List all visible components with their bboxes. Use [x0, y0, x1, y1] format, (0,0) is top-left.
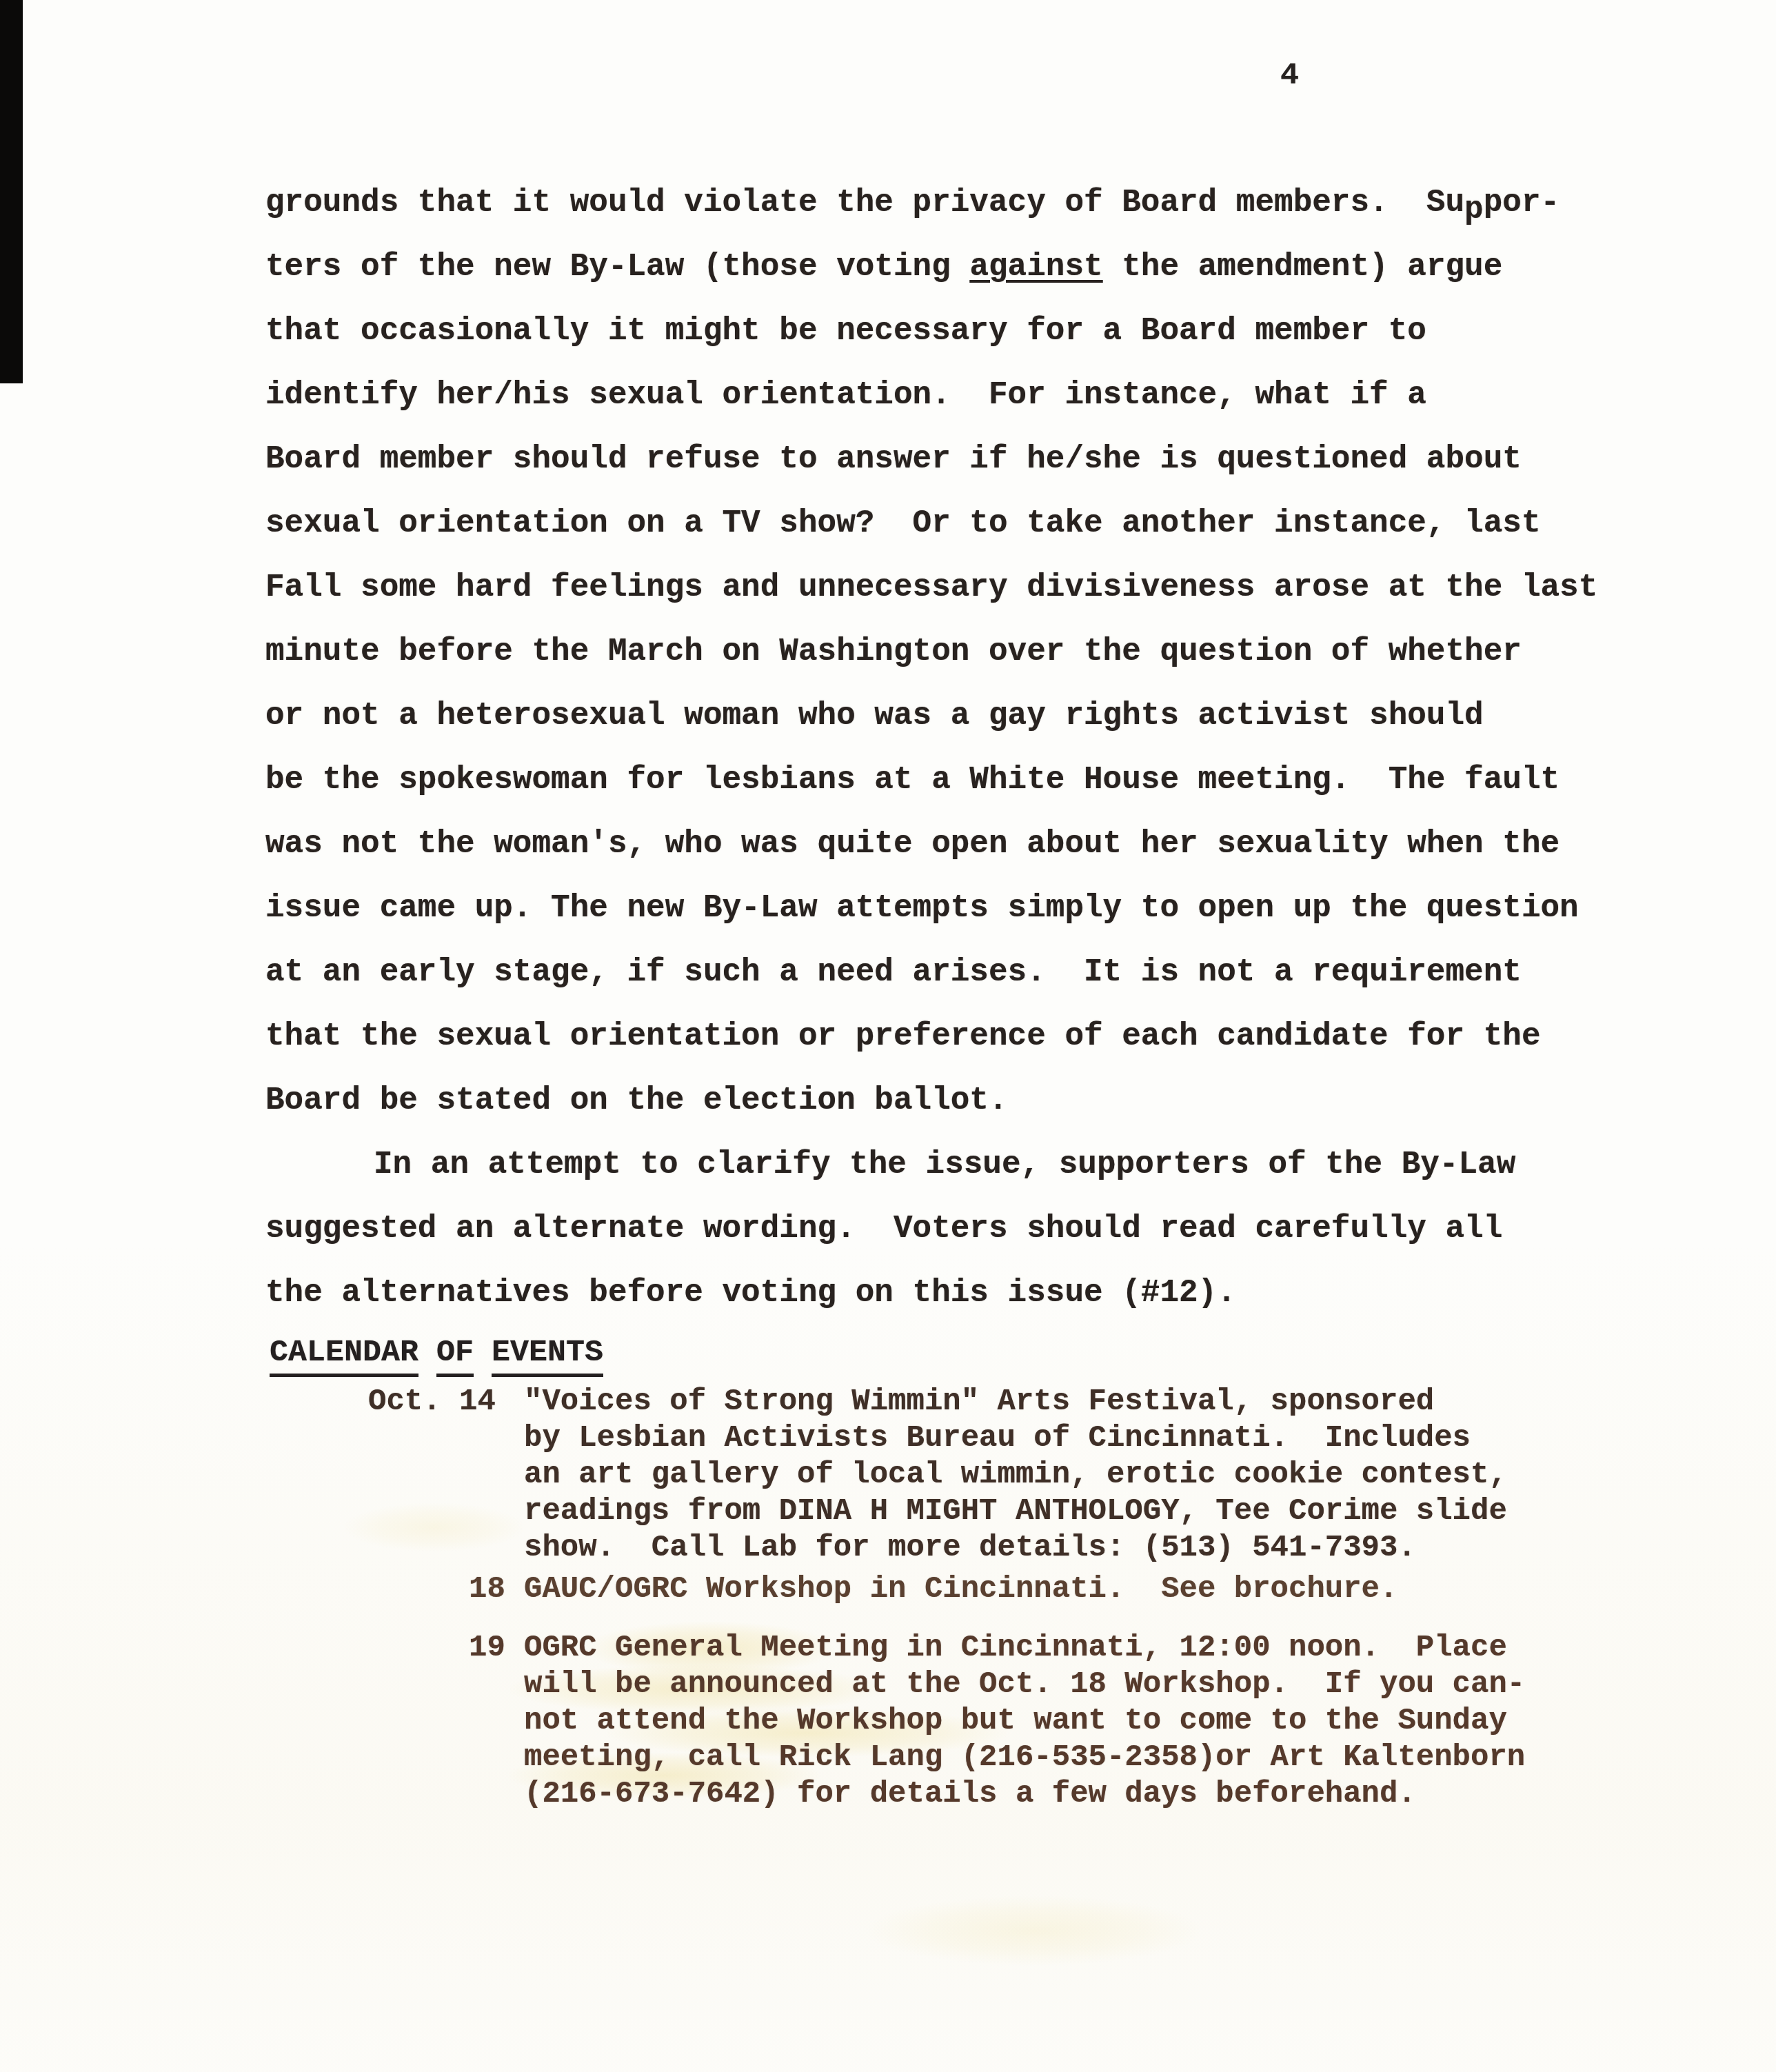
- calendar-entry-date: 18: [469, 1571, 505, 1608]
- calendar-entry-line: "Voices of Strong Wimmin" Arts Festival,…: [524, 1384, 1507, 1420]
- text-segment: ters of the new By-Law (those voting: [265, 249, 969, 285]
- text-segment: issue came up. The new By-Law attempts s…: [265, 890, 1579, 926]
- text-line: Fall some hard feelings and unnecessary …: [265, 556, 1679, 620]
- text-line: was not the woman's, who was quite open …: [265, 812, 1679, 876]
- text-segment: be the spokeswoman for lesbians at a Whi…: [265, 762, 1560, 798]
- text-segment: the alternatives before voting on this i…: [265, 1275, 1236, 1311]
- text-line: grounds that it would violate the privac…: [265, 171, 1679, 235]
- scanner-edge-artifact: [0, 0, 23, 383]
- text-segment: Fall some hard feelings and unnecessary …: [265, 570, 1597, 605]
- text-segment: grounds that it would violate the privac…: [265, 185, 1464, 221]
- calendar-entry-line: will be announced at the Oct. 18 Worksho…: [524, 1667, 1525, 1703]
- paper-stain: [345, 1503, 524, 1551]
- calendar-entry-line: (216-673-7642) for details a few days be…: [524, 1776, 1525, 1813]
- calendar-entry-line: an art gallery of local wimmin, erotic c…: [524, 1457, 1507, 1493]
- text-line: identify her/his sexual orientation. For…: [265, 363, 1679, 428]
- text-line: Board member should refuse to answer if …: [265, 428, 1679, 492]
- calendar-entry-line: readings from DINA H MIGHT ANTHOLOGY, Te…: [524, 1493, 1507, 1530]
- text-segment: por-: [1484, 185, 1560, 221]
- calendar-entry-text: OGRC General Meeting in Cincinnati, 12:0…: [524, 1630, 1525, 1813]
- text-line: that occasionally it might be necessary …: [265, 299, 1679, 363]
- text-segment: that occasionally it might be necessary …: [265, 313, 1426, 349]
- text-segment: p: [1464, 178, 1484, 242]
- text-segment: Board be stated on the election ballot.: [265, 1083, 1008, 1118]
- heading-word: OF: [436, 1335, 474, 1377]
- calendar-entry-line: not attend the Workshop but want to come…: [524, 1703, 1525, 1740]
- text-line: suggested an alternate wording. Voters s…: [265, 1197, 1679, 1261]
- scanned-document-page: 4 grounds that it would violate the priv…: [0, 0, 1776, 2072]
- text-line: at an early stage, if such a need arises…: [265, 941, 1679, 1005]
- text-segment: sexual orientation on a TV show? Or to t…: [265, 505, 1541, 541]
- calendar-entry-line: show. Call Lab for more details: (513) 5…: [524, 1530, 1507, 1567]
- text-line: the alternatives before voting on this i…: [265, 1261, 1679, 1325]
- text-line: Board be stated on the election ballot.: [265, 1069, 1679, 1133]
- text-line: be the spokeswoman for lesbians at a Whi…: [265, 748, 1679, 812]
- calendar-entry-text: GAUC/OGRC Workshop in Cincinnati. See br…: [524, 1571, 1397, 1608]
- text-segment: at an early stage, if such a need arises…: [265, 954, 1522, 990]
- body-text: grounds that it would violate the privac…: [265, 171, 1679, 1325]
- underlined-word: against: [969, 249, 1102, 285]
- text-segment: suggested an alternate wording. Voters s…: [265, 1211, 1502, 1247]
- calendar-entry-line: GAUC/OGRC Workshop in Cincinnati. See br…: [524, 1571, 1397, 1608]
- text-line: sexual orientation on a TV show? Or to t…: [265, 492, 1679, 556]
- calendar-of-events-heading: CALENDAROFEVENTS: [270, 1335, 603, 1377]
- calendar-entry-line: meeting, call Rick Lang (216-535-2358)or…: [524, 1740, 1525, 1776]
- calendar-entry-text: "Voices of Strong Wimmin" Arts Festival,…: [524, 1384, 1507, 1567]
- text-segment: In an attempt to clarify the issue, supp…: [374, 1147, 1515, 1183]
- heading-word: CALENDAR: [270, 1335, 418, 1377]
- text-segment: the amendment) argue: [1103, 249, 1503, 285]
- heading-word: EVENTS: [492, 1335, 603, 1377]
- text-line: In an attempt to clarify the issue, supp…: [265, 1133, 1679, 1197]
- paper-stain: [869, 1896, 1200, 1965]
- text-segment: Board member should refuse to answer if …: [265, 441, 1522, 477]
- calendar-entry-line: by Lesbian Activists Bureau of Cincinnat…: [524, 1420, 1507, 1457]
- text-line: issue came up. The new By-Law attempts s…: [265, 876, 1679, 941]
- text-line: minute before the March on Washington ov…: [265, 620, 1679, 684]
- text-segment: or not a heterosexual woman who was a ga…: [265, 698, 1484, 734]
- text-segment: minute before the March on Washington ov…: [265, 634, 1522, 670]
- text-segment: identify her/his sexual orientation. For…: [265, 377, 1426, 413]
- page-number: 4: [1280, 58, 1299, 93]
- calendar-entry-date: 19: [469, 1630, 505, 1667]
- text-line: that the sexual orientation or preferenc…: [265, 1005, 1679, 1069]
- text-line: or not a heterosexual woman who was a ga…: [265, 684, 1679, 748]
- text-segment: that the sexual orientation or preferenc…: [265, 1018, 1541, 1054]
- text-line: ters of the new By-Law (those voting aga…: [265, 235, 1679, 299]
- text-segment: was not the woman's, who was quite open …: [265, 826, 1560, 862]
- calendar-entry-date: Oct. 14: [368, 1384, 496, 1420]
- calendar-entry-line: OGRC General Meeting in Cincinnati, 12:0…: [524, 1630, 1525, 1667]
